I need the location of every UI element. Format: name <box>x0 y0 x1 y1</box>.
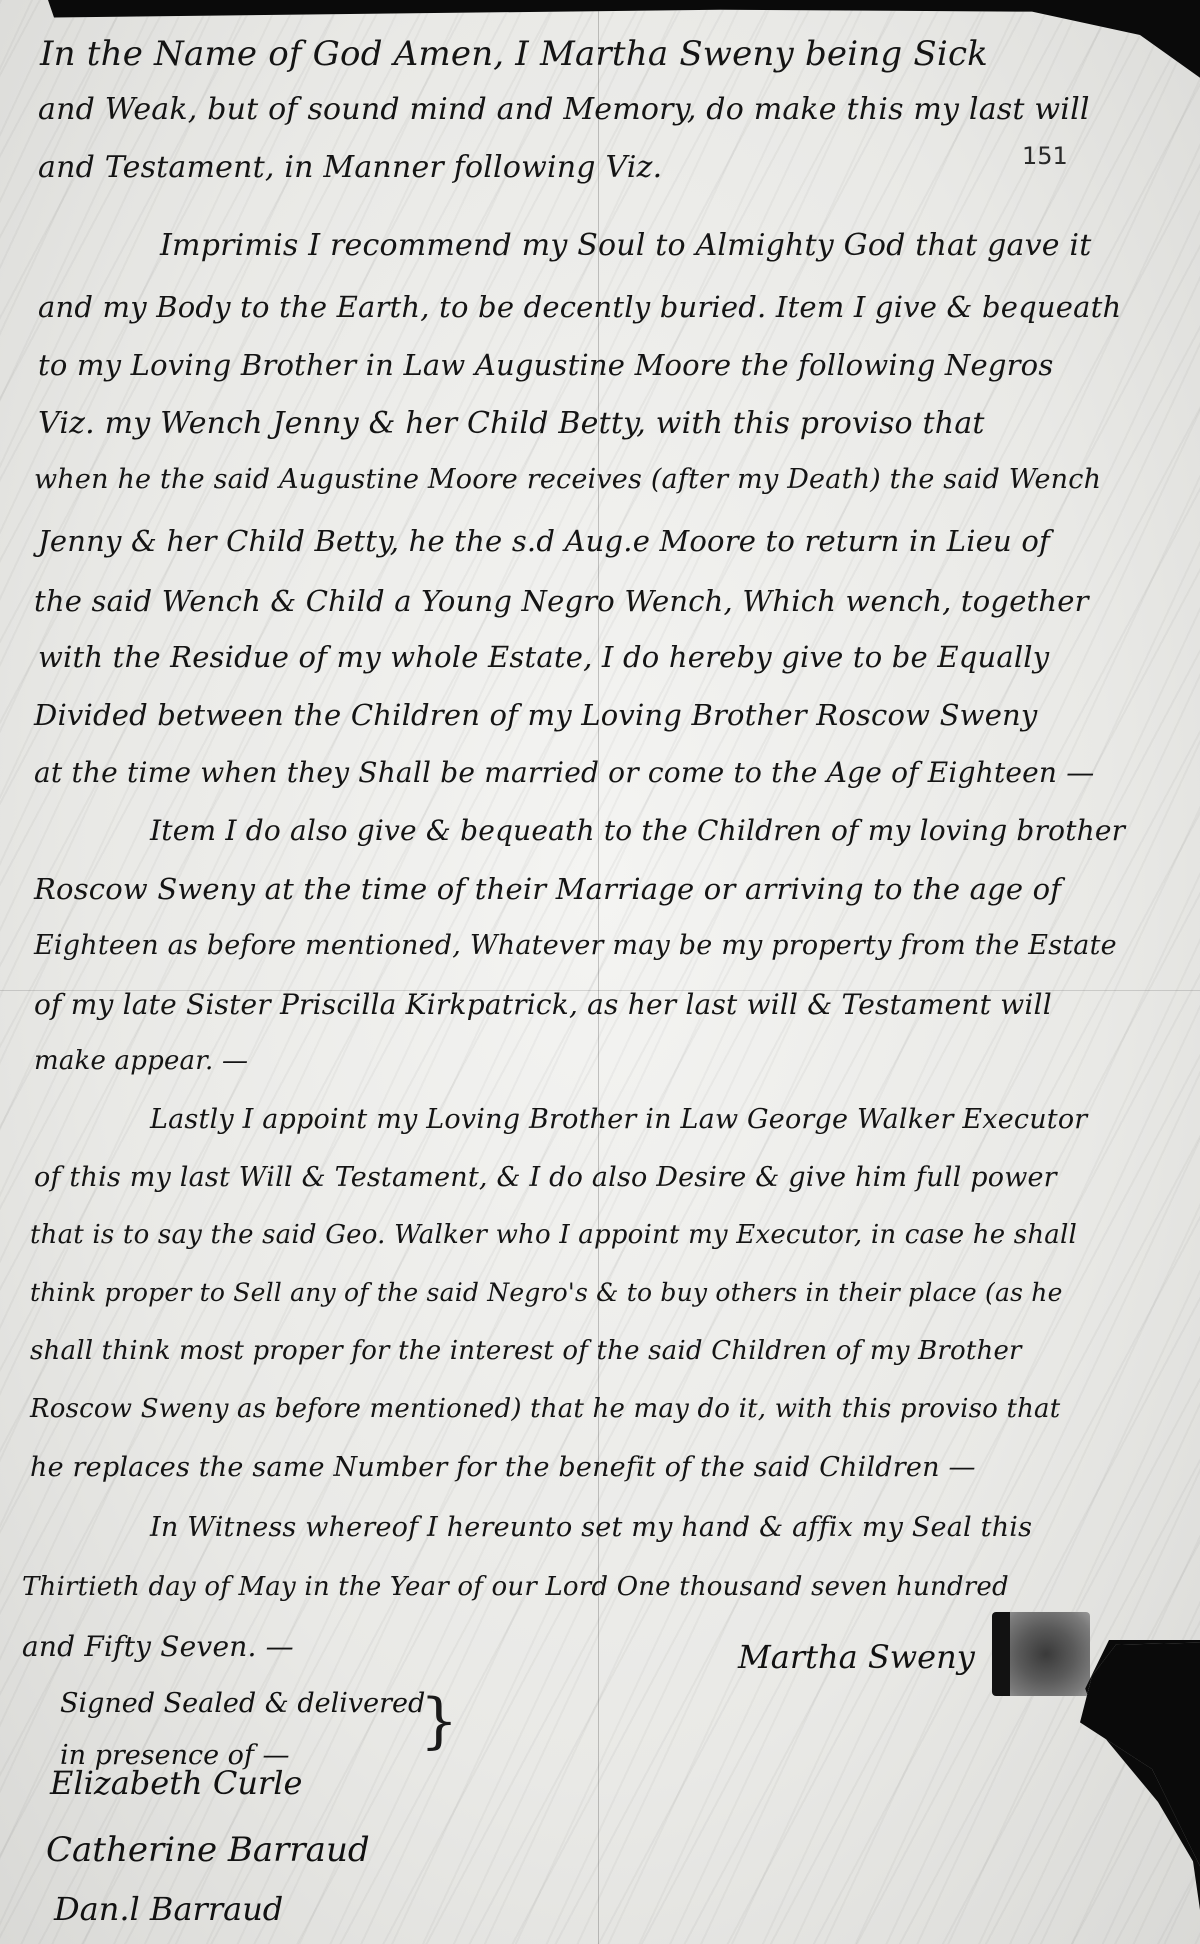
will-line-6: to my Loving Brother in Law Augustine Mo… <box>38 348 1053 382</box>
will-line-11: with the Residue of my whole Estate, I d… <box>38 640 1049 674</box>
will-line-26: In Witness whereof I hereunto set my han… <box>150 1512 1032 1543</box>
attestation-line-1: Signed Sealed & delivered <box>60 1688 425 1719</box>
will-line-12: Divided between the Children of my Lovin… <box>34 698 1038 732</box>
witness-signature-3: Dan.l Barraud <box>54 1890 283 1928</box>
folio-number: 151 <box>1022 142 1068 170</box>
will-line-3: and Testament, in Manner following Viz. <box>38 150 662 185</box>
will-line-13: at the time when they Shall be married o… <box>34 756 1094 789</box>
will-line-15: Roscow Sweny at the time of their Marria… <box>34 872 1061 906</box>
will-line-24: Roscow Sweny as before mentioned) that h… <box>30 1394 1060 1424</box>
will-line-19: Lastly I appoint my Loving Brother in La… <box>150 1104 1087 1135</box>
will-line-10: the said Wench & Child a Young Negro Wen… <box>34 584 1089 618</box>
will-line-28: and Fifty Seven. — <box>22 1630 294 1663</box>
will-line-23: shall think most proper for the interest… <box>30 1336 1022 1366</box>
manuscript-page: 151 In the Name of God Amen, I Martha Sw… <box>0 0 1200 1944</box>
attestation-brace: } <box>420 1686 458 1756</box>
will-line-25: he replaces the same Number for the bene… <box>30 1452 976 1483</box>
will-line-21: that is to say the said Geo. Walker who … <box>30 1220 1077 1250</box>
will-line-7: Viz. my Wench Jenny & her Child Betty, w… <box>38 406 985 441</box>
witness-signature-1: Elizabeth Curle <box>50 1764 302 1802</box>
will-line-2: and Weak, but of sound mind and Memory, … <box>38 92 1090 127</box>
will-line-17: of my late Sister Priscilla Kirkpatrick,… <box>34 988 1052 1021</box>
wax-seal <box>992 1612 1090 1696</box>
will-line-20: of this my last Will & Testament, & I do… <box>34 1162 1057 1193</box>
will-line-14: Item I do also give & bequeath to the Ch… <box>150 814 1125 847</box>
will-line-5: and my Body to the Earth, to be decently… <box>38 290 1121 324</box>
testator-signature: Martha Sweny <box>738 1638 975 1676</box>
will-line-8: when he the said Augustine Moore receive… <box>34 464 1101 495</box>
will-line-1: In the Name of God Amen, I Martha Sweny … <box>40 34 988 74</box>
witness-signature-2: Catherine Barraud <box>46 1830 370 1870</box>
will-line-4: Imprimis I recommend my Soul to Almighty… <box>160 228 1091 263</box>
will-line-18: make appear. — <box>34 1046 248 1076</box>
will-line-9: Jenny & her Child Betty, he the s.d Aug.… <box>38 524 1050 558</box>
will-line-22: think proper to Sell any of the said Neg… <box>30 1278 1063 1307</box>
will-line-16: Eighteen as before mentioned, Whatever m… <box>34 930 1117 961</box>
will-line-27: Thirtieth day of May in the Year of our … <box>22 1572 1009 1602</box>
